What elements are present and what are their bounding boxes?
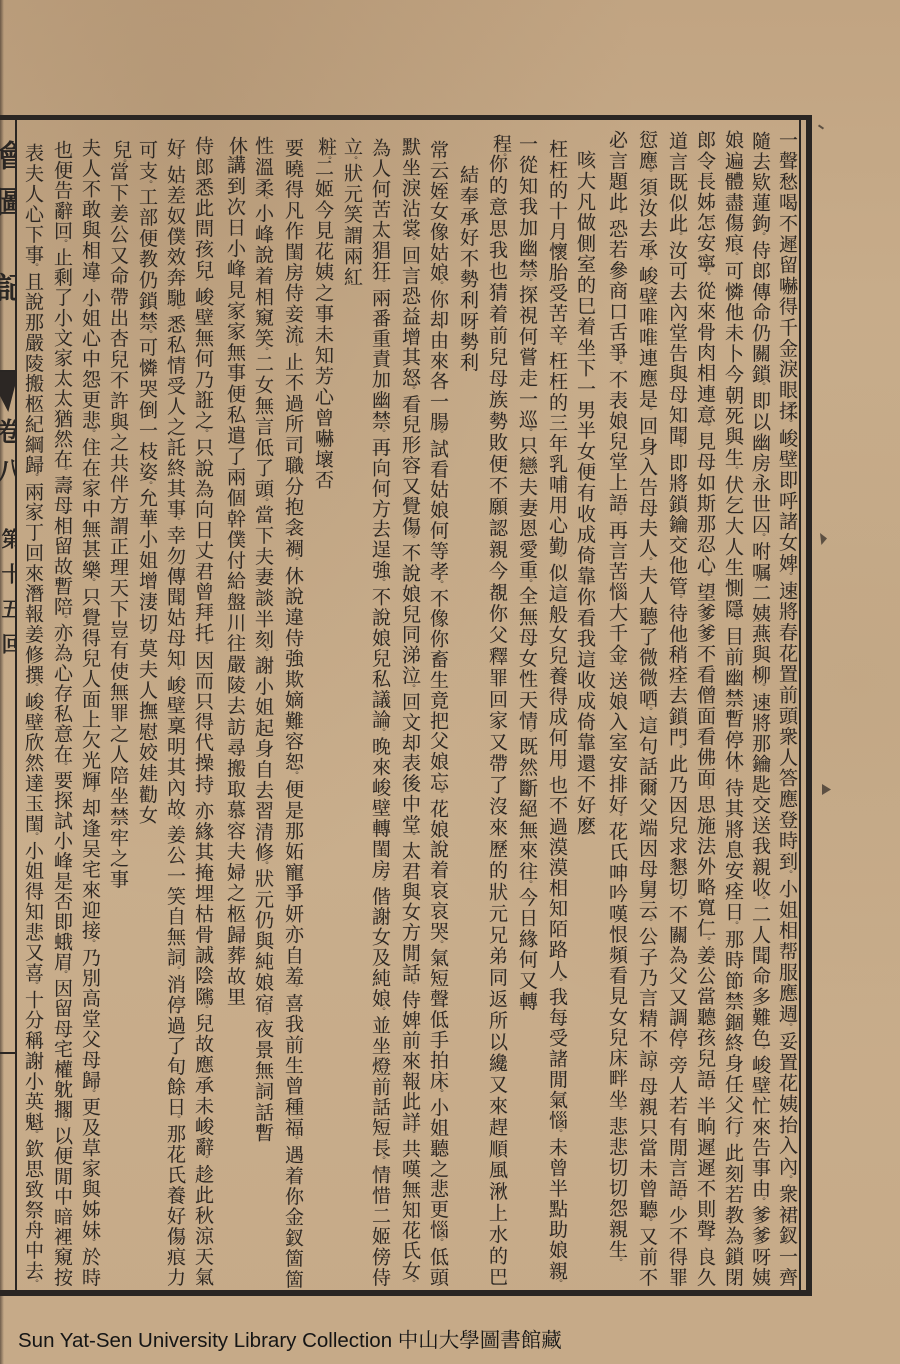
punctuation-circle: 。 bbox=[522, 579, 532, 588]
punctuation-circle: 。 bbox=[433, 430, 443, 440]
margin-lower-line bbox=[0, 1052, 15, 1054]
punctuation-circle: 。 bbox=[755, 382, 765, 393]
punctuation-circle: 。 bbox=[552, 766, 562, 777]
punctuation-circle: 。 bbox=[642, 257, 652, 267]
text-column-13: 常云姪女像姑娘。你却由來各一腸。試看姑娘何等孝。不像你畜生竟把父娘忘。花娘說着哀… bbox=[425, 140, 451, 1286]
punctuation-circle: 。 bbox=[28, 832, 38, 842]
scan-blemish bbox=[820, 533, 827, 545]
punctuation-circle: 。 bbox=[612, 813, 622, 824]
text-column-11: 你的意思我也猜着前兒母族勢敗便不願認親今覩你父釋罪回家又帶了沒來歷的狀元兄弟同返… bbox=[484, 154, 510, 1286]
punctuation-circle: 。 bbox=[642, 1218, 652, 1228]
punctuation-circle: 。 bbox=[288, 984, 298, 995]
text-column-25: 夫人不敢與相違。小姐心中怨更悲。住在家中無甚樂。只覺得兒人面上欠光輝。却逢吴宅來… bbox=[77, 138, 103, 1286]
punctuation-circle: 。 bbox=[198, 792, 208, 803]
punctuation-circle: 。 bbox=[198, 1005, 208, 1016]
text-column-10: 一從知我加幽禁。探視何嘗走一巡。只戀夫妻恩愛重。全無母女性天情。既然斷絕無來往。… bbox=[514, 134, 540, 1038]
punctuation-circle: 。 bbox=[672, 1046, 682, 1057]
punctuation-circle: 。 bbox=[782, 572, 792, 583]
punctuation-circle: 。 bbox=[552, 554, 562, 565]
punctuation-circle: 。 bbox=[642, 1068, 652, 1078]
punctuation-circle: 。 bbox=[142, 481, 152, 490]
punctuation-circle: 。 bbox=[405, 832, 415, 842]
punctuation-circle: 。 bbox=[672, 745, 682, 756]
punctuation-circle: 。 bbox=[405, 981, 415, 991]
punctuation-circle: 。 bbox=[728, 466, 738, 477]
punctuation-circle: 。 bbox=[552, 342, 562, 353]
punctuation-circle: 。 bbox=[405, 684, 415, 694]
text-column-27: 表夫人心下事。且說那嚴陵搬柩紀綱歸。兩家丁回來潛報姜修撰。峻壁欣然達玉閨。小姐得… bbox=[20, 143, 46, 1286]
scan-blemish bbox=[822, 784, 831, 795]
punctuation-circle: 。 bbox=[642, 918, 652, 928]
punctuation-circle: 。 bbox=[85, 939, 95, 949]
punctuation-circle: 。 bbox=[28, 1130, 38, 1140]
library-collection-credit: Sun Yat-Sen University Library Collectio… bbox=[18, 1323, 562, 1353]
punctuation-circle: 。 bbox=[258, 347, 268, 356]
punctuation-circle: 。 bbox=[700, 1238, 710, 1249]
punctuation-circle: 。 bbox=[433, 940, 443, 950]
text-column-9: 枉枉的十月懷胎受苦辛。枉枉的三年乳哺用心勤。似這般女兒養得成何用。也不過漠漠相知… bbox=[544, 139, 570, 1286]
punctuation-circle: 。 bbox=[198, 278, 208, 289]
text-column-26: 也便告辭回。止剩了小文家太太猶然在。壽母相留故暫陪。亦為心存私意在。要探試小峰是… bbox=[49, 140, 75, 1286]
text-column-15: 為人何苦太猖狂。兩番重責加幽禁。再向何方去逞強。不說娘兒私議論。晚來峻壁轉閨房。… bbox=[367, 138, 393, 1286]
punctuation-circle: 。 bbox=[57, 762, 67, 772]
frame-right-border bbox=[806, 115, 812, 1296]
text-column-5: 道言既似此。汝可去內堂告與母知聞。即將鎖鑰交他管。待他稍痊去鎖門。此乃因兒求懇切… bbox=[664, 131, 690, 1286]
punctuation-circle: 。 bbox=[170, 306, 180, 316]
punctuation-circle: 。 bbox=[405, 535, 415, 545]
punctuation-circle: 。 bbox=[288, 771, 298, 782]
text-column-24: 當下姜公又命帶出杏兒不許與之共伴方謂正理天下豈有使無罪之人陪坐禁牢之事 bbox=[105, 162, 131, 890]
punctuation-circle: 。 bbox=[57, 615, 67, 625]
punctuation-circle: 。 bbox=[522, 729, 532, 738]
punctuation-circle: 。 bbox=[198, 641, 208, 652]
punctuation-circle: 。 bbox=[375, 1007, 385, 1017]
punctuation-circle: 。 bbox=[405, 386, 415, 396]
margin-volume: 卷八 bbox=[0, 418, 15, 498]
margin-chapter: 第十五回 bbox=[0, 528, 15, 668]
punctuation-circle: 。 bbox=[288, 343, 298, 354]
punctuation-circle: 。 bbox=[612, 210, 622, 221]
punctuation-circle: 。 bbox=[85, 578, 95, 588]
punctuation-circle: 。 bbox=[198, 1155, 208, 1166]
frame-top-border bbox=[0, 115, 812, 120]
punctuation-circle: 。 bbox=[375, 279, 385, 289]
punctuation-circle: 。 bbox=[258, 498, 268, 507]
punctuation-circle: 。 bbox=[57, 970, 67, 980]
margin-volume-area: 卷八 bbox=[0, 412, 15, 512]
punctuation-circle: 。 bbox=[28, 981, 38, 991]
punctuation-circle: 。 bbox=[552, 978, 562, 989]
punctuation-circle: 。 bbox=[672, 444, 682, 455]
punctuation-circle: 。 bbox=[258, 1012, 268, 1021]
punctuation-circle: 。 bbox=[85, 789, 95, 799]
punctuation-circle: 。 bbox=[612, 512, 622, 523]
margin-divider-line bbox=[0, 370, 15, 372]
text-column-6: 愆應。須汝去承。峻壁唯唯連應是。回身入告母夫人。夫人聽了微微哂。這句話爾父端因母… bbox=[634, 130, 660, 1286]
frame-left-inner-line bbox=[15, 120, 17, 1290]
punctuation-circle: 。 bbox=[85, 429, 95, 439]
text-column-4: 郎令長姊怎安寧。從來骨肉相連意。見母如斯那忍心。望爹爹不看僧面看佛面。思施法外略… bbox=[692, 130, 718, 1286]
margin-title-end: 記 bbox=[0, 272, 15, 302]
punctuation-circle: 。 bbox=[375, 878, 385, 888]
punctuation-circle: 。 bbox=[728, 252, 738, 263]
punctuation-circle: 。 bbox=[258, 648, 268, 657]
margin-chapter-area: 第十五回 bbox=[0, 520, 15, 670]
punctuation-circle: 。 bbox=[258, 196, 268, 205]
text-column-17: 二姬今見花姨之事未知芳心曾嚇壞否 bbox=[310, 158, 336, 491]
punctuation-circle: 。 bbox=[728, 1134, 738, 1145]
text-column-18: 要曉得凡作閨房侍妾流。止不過所司職分抱衾裯。休說違侍強欺嫡難容恕。便是那妬寵爭妍… bbox=[280, 138, 306, 1288]
punctuation-circle: 。 bbox=[433, 580, 443, 590]
punctuation-circle: 。 bbox=[28, 1279, 38, 1288]
text-column-1: 一聲愁喝不遲留嚇得千金淚眼揉。峻壁即呼諸女婢。速將春花置前頭衆人答應登時到。小姐… bbox=[774, 130, 800, 1286]
punctuation-circle: 。 bbox=[782, 419, 792, 430]
punctuation-circle: 。 bbox=[28, 683, 38, 693]
frame-bottom-border bbox=[0, 1290, 812, 1296]
punctuation-circle: 。 bbox=[700, 423, 710, 434]
text-column-16: 立。狀元笑謂兩紅粧。 bbox=[339, 137, 365, 313]
punctuation-circle: 。 bbox=[57, 1118, 67, 1128]
punctuation-circle: 。 bbox=[85, 279, 95, 289]
punctuation-circle: 。 bbox=[170, 517, 180, 527]
punctuation-circle: 。 bbox=[170, 1115, 180, 1125]
punctuation-circle: 。 bbox=[755, 232, 765, 243]
punctuation-circle: 。 bbox=[672, 896, 682, 907]
punctuation-circle: 。 bbox=[700, 1087, 710, 1098]
punctuation-circle: 。 bbox=[755, 1197, 765, 1208]
punctuation-circle: 。 bbox=[728, 769, 738, 780]
text-column-3: 娘遍體盡傷痕。可憐他未卜今朝死與生。伏乞大人生惻隱。目前幽禁暫停休。待其將息安痊… bbox=[720, 130, 746, 1286]
punctuation-circle: 。 bbox=[782, 870, 792, 881]
punctuation-circle: 。 bbox=[612, 662, 622, 673]
text-column-14: 默坐淚沾裳。回言恐益增其怒。看兒形容又覺傷。不說娘兒同涕泣。回文却表後中堂。太君… bbox=[397, 137, 423, 1286]
punctuation-circle: 。 bbox=[433, 1238, 443, 1248]
text-column-21: 侍郎悉此問孩兒。峻壁無何乃誑之。只說為向日丈君曾拜托。因而只得代操持。亦緣其掩埋… bbox=[190, 136, 216, 1286]
punctuation-circle: 。 bbox=[170, 667, 180, 677]
punctuation-circle: 。 bbox=[642, 707, 652, 717]
punctuation-circle: 。 bbox=[700, 573, 710, 584]
punctuation-circle: 。 bbox=[522, 428, 532, 437]
punctuation-circle: 。 bbox=[198, 429, 208, 440]
punctuation-circle: 。 bbox=[375, 429, 385, 439]
punctuation-circle: 。 bbox=[28, 473, 38, 483]
punctuation-circle: 。 bbox=[700, 937, 710, 948]
text-column-12: 結奉承好不勢利呀勢利 bbox=[455, 165, 481, 373]
punctuation-circle: 。 bbox=[433, 790, 443, 800]
punctuation-circle: 。 bbox=[347, 156, 357, 165]
punctuation-circle: 。 bbox=[142, 180, 152, 189]
punctuation-circle: 。 bbox=[405, 237, 415, 247]
punctuation-circle: 。 bbox=[258, 861, 268, 870]
margin-title: 會圖 bbox=[0, 140, 15, 232]
punctuation-circle: 。 bbox=[85, 1238, 95, 1248]
punctuation-circle: 。 bbox=[672, 232, 682, 243]
punctuation-circle: 。 bbox=[612, 1258, 622, 1267]
punctuation-circle: 。 bbox=[672, 595, 682, 606]
punctuation-circle: 。 bbox=[728, 617, 738, 628]
punctuation-circle: 。 bbox=[433, 1089, 443, 1099]
punctuation-circle: 。 bbox=[642, 407, 652, 417]
punctuation-circle: 。 bbox=[375, 578, 385, 588]
punctuation-circle: 。 bbox=[288, 1136, 298, 1147]
scan-blemish bbox=[818, 124, 824, 129]
punctuation-circle: 。 bbox=[85, 1089, 95, 1099]
punctuation-circle: 。 bbox=[755, 533, 765, 544]
punctuation-circle: 。 bbox=[375, 728, 385, 738]
text-column-8: 咳大凡做側室的巳着坐下一男半女便有收成倚靠你看我這收成倚靠還不好麽 bbox=[572, 150, 598, 836]
punctuation-circle: 。 bbox=[142, 330, 152, 339]
text-column-20: 講到次日小峰見家家無事便私遣了兩個幹僕付給盤川往嚴陵去訪尋搬取慕容夫婦之柩歸葬故… bbox=[222, 155, 248, 1008]
punctuation-circle: 。 bbox=[552, 1129, 562, 1140]
punctuation-circle: 。 bbox=[612, 1107, 622, 1118]
punctuation-circle: 。 bbox=[405, 1279, 415, 1288]
punctuation-circle: 。 bbox=[782, 1023, 792, 1034]
punctuation-circle: 。 bbox=[433, 281, 443, 291]
punctuation-circle: 。 bbox=[612, 361, 622, 372]
punctuation-circle: 。 bbox=[170, 966, 180, 976]
punctuation-circle: 。 bbox=[522, 278, 532, 287]
punctuation-circle: 。 bbox=[170, 156, 180, 166]
margin-title-area: 會圖 記 bbox=[0, 122, 15, 372]
punctuation-circle: 。 bbox=[728, 921, 738, 932]
punctuation-circle: 。 bbox=[57, 467, 67, 477]
text-column-22: 好。姑差奴僕效奔馳。悉私情受人之託終其事。幸勿傳聞姑母知。峻壁稟明其內故。姜公一… bbox=[162, 138, 188, 1286]
text-column-23: 可支。工部便教仍鎖禁。可憐哭倒一枝姿。允華小姐增淒切。莫夫人撫慰姣娃勸女兒。 bbox=[134, 140, 160, 851]
punctuation-circle: 。 bbox=[375, 1156, 385, 1166]
punctuation-circle: 。 bbox=[782, 1175, 792, 1186]
punctuation-circle: 。 bbox=[552, 1279, 562, 1288]
punctuation-circle: 。 bbox=[170, 816, 180, 826]
punctuation-circle: 。 bbox=[28, 263, 38, 273]
punctuation-circle: 。 bbox=[142, 631, 152, 640]
text-column-7: 必言題此。恐若參商口舌爭。不表娘兒堂上語。再言苦惱大千金。送娘入室安排好。花氏呻… bbox=[604, 130, 630, 1265]
text-column-19: 性溫柔。小峰說着相窺笑。二女無言低了頭。當下夫妻談半刻。謝小姐起身自去習清修。狀… bbox=[250, 136, 276, 1169]
punctuation-circle: 。 bbox=[642, 169, 652, 179]
punctuation-circle: 。 bbox=[700, 272, 710, 283]
punctuation-circle: 。 bbox=[700, 786, 710, 797]
punctuation-circle: 。 bbox=[405, 1130, 415, 1140]
punctuation-circle: 。 bbox=[522, 880, 532, 889]
text-column-2: 隨去欵蓮鉤。侍郎傳命仍關鎖。即以幽房永世囚。咐嘱二姨燕與柳。速將那鑰匙交送我親收… bbox=[747, 131, 773, 1286]
punctuation-circle: 。 bbox=[672, 1197, 682, 1208]
punctuation-circle: 。 bbox=[755, 1046, 765, 1057]
punctuation-circle: 。 bbox=[755, 683, 765, 694]
punctuation-circle: 。 bbox=[57, 239, 67, 249]
punctuation-circle: 。 bbox=[642, 557, 652, 567]
punctuation-circle: 。 bbox=[288, 557, 298, 568]
punctuation-circle: 。 bbox=[755, 896, 765, 907]
